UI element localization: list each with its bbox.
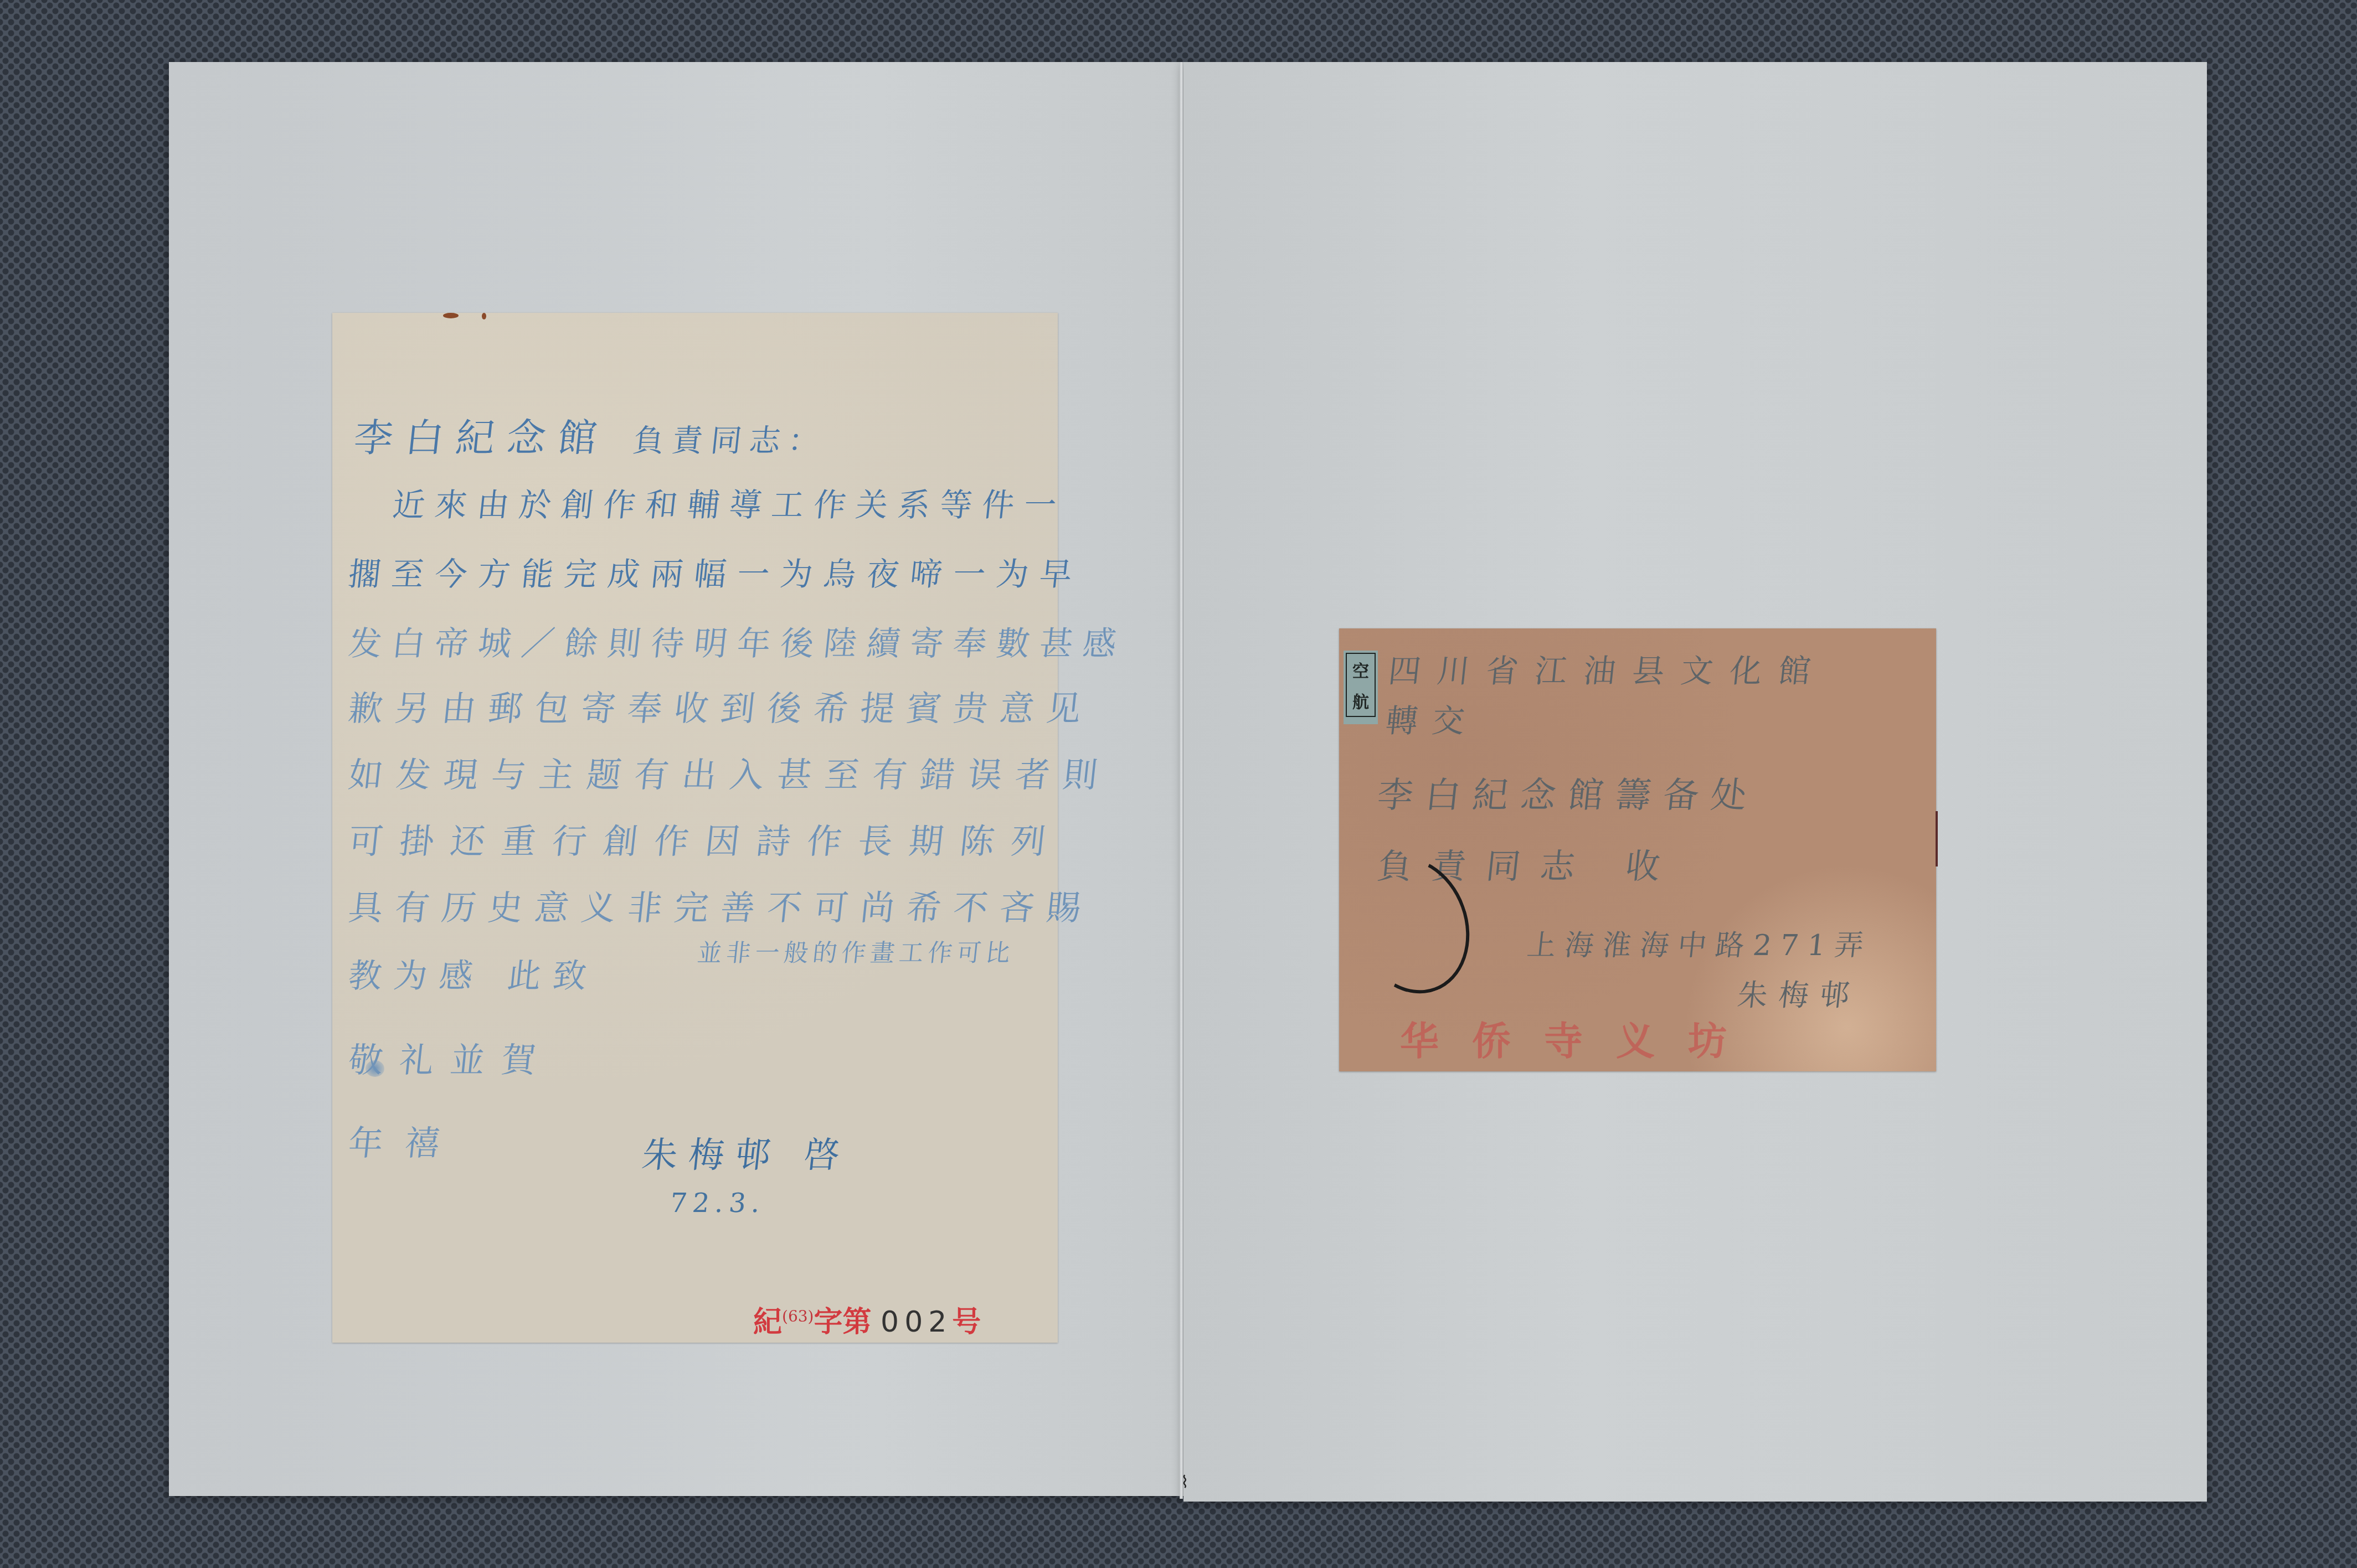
envelope-address-line-2: 轉交 bbox=[1384, 695, 1482, 741]
serial-suffix: 号 bbox=[952, 1305, 981, 1339]
letter-date: 72.3. bbox=[668, 1188, 767, 1219]
letter-signature: 朱梅邨 啓 bbox=[640, 1127, 853, 1178]
envelope-red-stamp: 华侨寺义坊 bbox=[1400, 1010, 1760, 1066]
spine-mark: ⌇ bbox=[1181, 1473, 1189, 1492]
folder-spine bbox=[1180, 62, 1183, 1499]
ink-blot bbox=[366, 1060, 384, 1077]
letter-salutation: 李白紀念館 負責同志： bbox=[352, 407, 831, 463]
serial-middle: 字第 bbox=[814, 1305, 872, 1339]
letter-recipient: 李白紀念館 bbox=[352, 415, 611, 461]
rust-stain bbox=[443, 313, 459, 318]
airmail-label-char-2: 航 bbox=[1352, 688, 1369, 713]
letter-line-6: 可掛还重行創作因詩作長期陈列 bbox=[346, 814, 1064, 863]
letter-closing-line: 教为感 此致 bbox=[346, 950, 601, 997]
handwritten-letter: 李白紀念館 負責同志： 近來由於創作和輔導工作关系等件一 擱至今方能完成兩幅一为… bbox=[332, 313, 1058, 1343]
envelope-sender-name: 朱梅邨 bbox=[1736, 972, 1863, 1014]
serial-number: 002 bbox=[881, 1306, 952, 1339]
airmail-label-char-1: 空 bbox=[1352, 657, 1369, 682]
serial-prefix: 紀 bbox=[753, 1305, 782, 1339]
letter-line-1: 近來由於創作和輔導工作关系等件一 bbox=[391, 479, 1069, 525]
serial-number-stamp: 紀(63)字第 002号 bbox=[753, 1298, 981, 1340]
letter-line-7: 具有历史意义非完善不可尚希不吝賜 bbox=[346, 880, 1095, 930]
envelope-front: 空 航 四川省江油县文化館 轉交 李白紀念館籌备处 負責同志 收 上海淮海中路2… bbox=[1339, 628, 1936, 1071]
letter-recipient-title: 負責同志： bbox=[631, 423, 829, 459]
airmail-label: 空 航 bbox=[1344, 651, 1378, 724]
letter-line-5: 如发現与主题有出入甚至有錯误者則 bbox=[346, 747, 1113, 797]
envelope-edge-mark bbox=[1936, 811, 1938, 866]
letter-line-4: 歉另由郵包寄奉收到後希提賓贵意见 bbox=[346, 681, 1095, 730]
letter-inserted-note: 並非一般的作畫工作可比 bbox=[696, 933, 1017, 968]
envelope-address-line-1: 四川省江油县文化館 bbox=[1387, 645, 1830, 692]
letter-line-3: 发白帝城／餘則待明年後陸續寄奉數甚感 bbox=[346, 617, 1129, 665]
letter-line-2: 擱至今方能完成兩幅一为烏夜啼一为早 bbox=[347, 548, 1086, 595]
envelope-sender-address: 上海淮海中路271弄 bbox=[1525, 922, 1875, 963]
envelope-address-line-3: 李白紀念館籌备处 bbox=[1375, 767, 1762, 818]
letter-new-year: 年禧 bbox=[346, 1116, 464, 1165]
rust-stain bbox=[482, 313, 486, 319]
archival-folder: ⌇ 李白紀念館 負責同志： 近來由於創作和輔導工作关系等件一 擱至今方能完成兩幅… bbox=[0, 0, 2357, 1568]
serial-superscript: (63) bbox=[782, 1307, 814, 1325]
